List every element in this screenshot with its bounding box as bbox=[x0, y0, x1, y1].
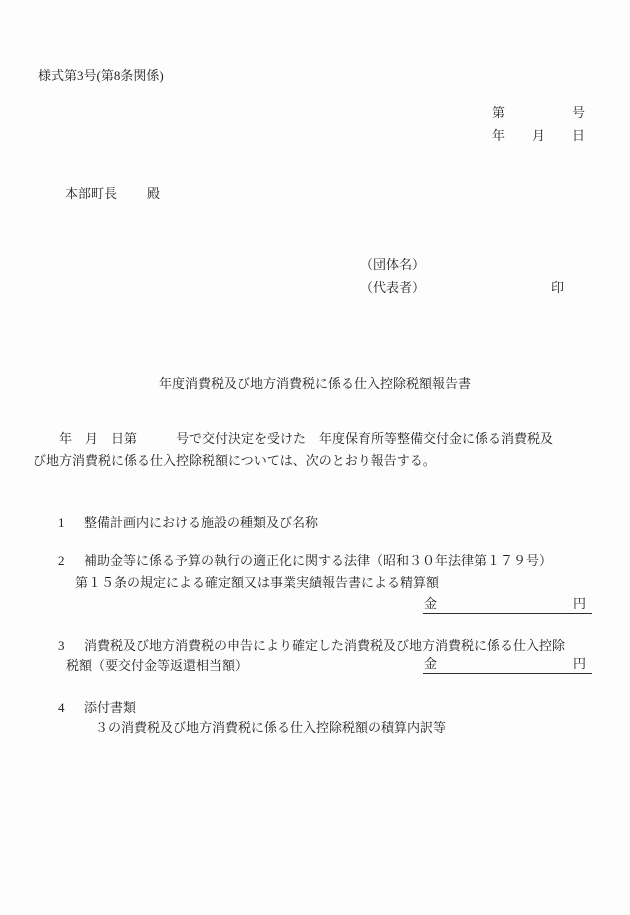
item-2-number: 2 bbox=[58, 553, 65, 568]
item-4-number: 4 bbox=[58, 700, 65, 715]
date-year-label: 年 bbox=[492, 128, 505, 143]
item-3-amount-field: 金 円 bbox=[423, 657, 592, 674]
item-4-line-1: 添付書類 bbox=[84, 700, 136, 715]
form-number-label: 様式第3号(第8条関係) bbox=[38, 68, 164, 83]
seal-mark: 印 bbox=[551, 280, 564, 295]
item-3-number: 3 bbox=[58, 638, 65, 653]
date-day-label: 日 bbox=[572, 128, 585, 143]
item-4-line-2: ３の消費税及び地方消費税に係る仕入控除税額の積算内訳等 bbox=[95, 720, 446, 735]
item-1-number: 1 bbox=[58, 515, 65, 530]
item-3-line-1: 消費税及び地方消費税の申告により確定した消費税及び地方消費税に係る仕入控除 bbox=[84, 638, 565, 653]
item-3-amount-prefix-label: 金 bbox=[424, 653, 437, 672]
addressee-honorific: 殿 bbox=[147, 186, 160, 201]
representative-label: （代表者） bbox=[360, 280, 425, 295]
item-3-line-2: 税額（要交付金等返還相当額） bbox=[66, 658, 248, 673]
item-2-amount-field: 金 円 bbox=[423, 597, 592, 614]
org-name-label: （団体名） bbox=[360, 257, 425, 272]
intro-line-2: び地方消費税に係る仕入控除税額については、次のとおり報告する。 bbox=[33, 453, 436, 468]
document-title: 年度消費税及び地方消費税に係る仕入控除税額報告書 bbox=[0, 376, 630, 391]
item-2-line-1: 補助金等に係る予算の執行の適正化に関する法律（昭和３０年法律第１７９号） bbox=[84, 553, 552, 568]
doc-number-suffix-label: 号 bbox=[572, 105, 585, 120]
intro-line-1: 年 月 日第 号で交付決定を受けた 年度保育所等整備交付金に係る消費税及 bbox=[33, 431, 553, 446]
item-3-amount-suffix-label: 円 bbox=[573, 653, 586, 672]
addressee-name: 本部町長 bbox=[65, 186, 117, 201]
item-2-line-2: 第１５条の規定による確定額又は事業実績報告書による精算額 bbox=[75, 575, 439, 590]
item-2-amount-prefix-label: 金 bbox=[424, 593, 437, 612]
item-2-amount-suffix-label: 円 bbox=[573, 593, 586, 612]
doc-number-prefix-label: 第 bbox=[492, 105, 505, 120]
document-page: 様式第3号(第8条関係) 第 号 年 月 日 本部町長 殿 （団体名） （代表者… bbox=[0, 0, 630, 915]
date-month-label: 月 bbox=[532, 128, 545, 143]
item-1-text: 整備計画内における施設の種類及び名称 bbox=[84, 515, 318, 530]
